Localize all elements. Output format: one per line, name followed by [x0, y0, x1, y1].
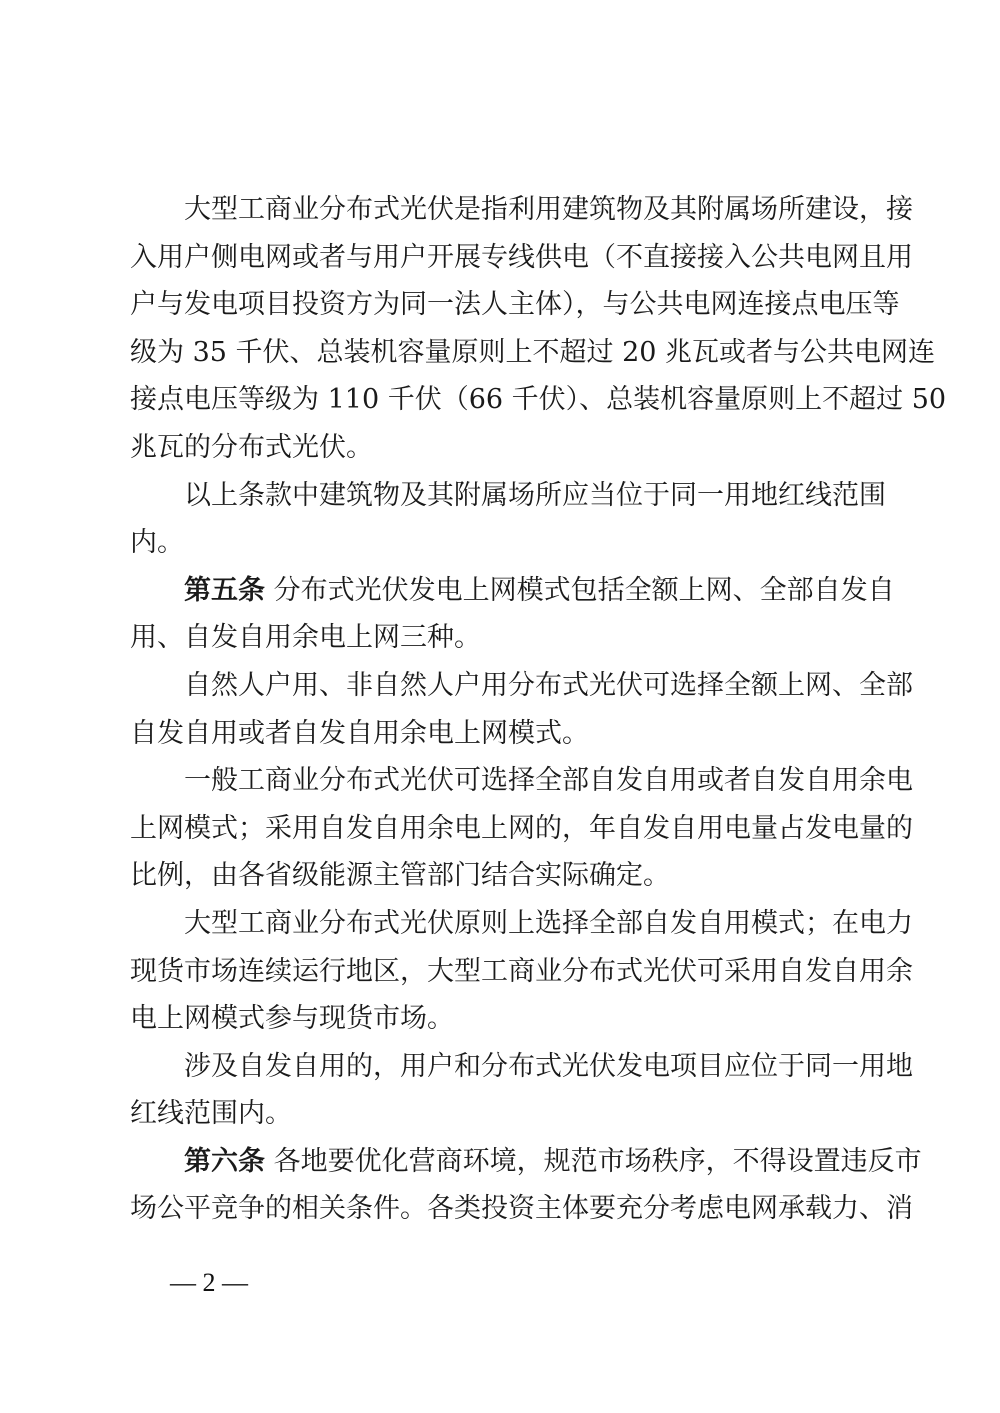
text-line: 入用户侧电网或者与用户开展专线供电（不直接接入公共电网且用 [130, 234, 868, 282]
article-5: 第五条 分布式光伏发电上网模式包括全额上网、全部自发自 用、自发自用余电上网三种… [130, 567, 868, 662]
page-number: — 2 — [170, 1268, 248, 1298]
text-line: 自发自用或者自发自用余电上网模式。 [130, 710, 868, 758]
text-line: 涉及自发自用的，用户和分布式光伏发电项目应位于同一用地 [130, 1043, 868, 1091]
text-line: 用、自发自用余电上网三种。 [130, 614, 868, 662]
text-line: 级为 35 千伏、总装机容量原则上不超过 20 兆瓦或者与公共电网连 [130, 329, 868, 377]
article-text: 分布式光伏发电上网模式包括全额上网、全部自发自 [265, 575, 895, 606]
text-line: 自然人户用、非自然人户用分布式光伏可选择全额上网、全部 [130, 662, 868, 710]
text-line: 红线范围内。 [130, 1090, 868, 1138]
text-line: 兆瓦的分布式光伏。 [130, 424, 868, 472]
paragraph-red-line-scope: 以上条款中建筑物及其附属场所应当位于同一用地红线范围 内。 [130, 472, 868, 567]
text-line: 电上网模式参与现货市场。 [130, 995, 868, 1043]
paragraph-general-ci-modes: 一般工商业分布式光伏可选择全部自发自用或者自发自用余电 上网模式；采用自发自用余… [130, 757, 868, 900]
text-line: 第六条 各地要优化营商环境，规范市场秩序，不得设置违反市 [130, 1138, 868, 1186]
text-line: 一般工商业分布式光伏可选择全部自发自用或者自发自用余电 [130, 757, 868, 805]
article-heading: 第五条 [184, 575, 265, 606]
text-line: 内。 [130, 519, 868, 567]
paragraph-residential-modes: 自然人户用、非自然人户用分布式光伏可选择全额上网、全部 自发自用或者自发自用余电… [130, 662, 868, 757]
text-line: 第五条 分布式光伏发电上网模式包括全额上网、全部自发自 [130, 567, 868, 615]
text-line: 场公平竞争的相关条件。各类投资主体要充分考虑电网承载力、消 [130, 1185, 868, 1233]
text-line: 比例，由各省级能源主管部门结合实际确定。 [130, 852, 868, 900]
article-heading: 第六条 [184, 1146, 265, 1177]
text-line: 大型工商业分布式光伏原则上选择全部自发自用模式；在电力 [130, 900, 868, 948]
paragraph-large-ci-modes: 大型工商业分布式光伏原则上选择全部自发自用模式；在电力 现货市场连续运行地区，大… [130, 900, 868, 1043]
article-6: 第六条 各地要优化营商环境，规范市场秩序，不得设置违反市 场公平竞争的相关条件。… [130, 1138, 868, 1233]
text-line: 大型工商业分布式光伏是指利用建筑物及其附属场所建设，接 [130, 186, 868, 234]
document-page: 大型工商业分布式光伏是指利用建筑物及其附属场所建设，接 入用户侧电网或者与用户开… [130, 186, 868, 1233]
text-line: 接点电压等级为 110 千伏（66 千伏）、总装机容量原则上不超过 50 [130, 376, 868, 424]
text-line: 以上条款中建筑物及其附属场所应当位于同一用地红线范围 [130, 472, 868, 520]
text-line: 上网模式；采用自发自用余电上网的，年自发自用电量占发电量的 [130, 805, 868, 853]
text-line: 户与发电项目投资方为同一法人主体），与公共电网连接点电压等 [130, 281, 868, 329]
paragraph-self-consumption-scope: 涉及自发自用的，用户和分布式光伏发电项目应位于同一用地 红线范围内。 [130, 1043, 868, 1138]
paragraph-large-ci-pv-definition: 大型工商业分布式光伏是指利用建筑物及其附属场所建设，接 入用户侧电网或者与用户开… [130, 186, 868, 472]
article-text: 各地要优化营商环境，规范市场秩序，不得设置违反市 [265, 1146, 922, 1177]
text-line: 现货市场连续运行地区，大型工商业分布式光伏可采用自发自用余 [130, 948, 868, 996]
